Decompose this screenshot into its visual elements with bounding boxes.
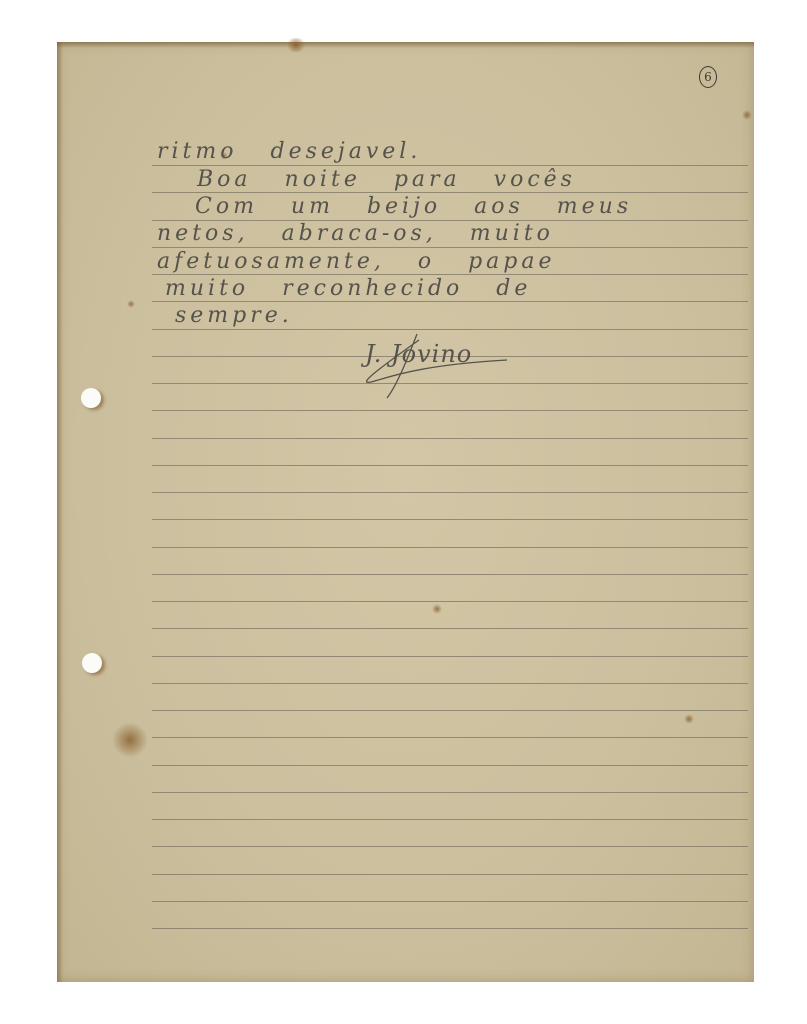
ruled-line (152, 601, 748, 602)
ruled-line (152, 683, 748, 684)
stain-spot (742, 110, 752, 120)
ruled-line (152, 765, 748, 766)
ruled-line (152, 792, 748, 793)
letter-line-2: Boa noite para vocês (197, 167, 576, 192)
ruled-line (152, 465, 748, 466)
ruled-line (152, 492, 748, 493)
letter-line-7: sempre. (175, 303, 293, 328)
ruled-line (152, 628, 748, 629)
letter-page: 6 ritmo desejavel. Boa noite para vocês … (57, 42, 754, 982)
ruled-line (152, 438, 748, 439)
ruled-line (152, 846, 748, 847)
letter-line-3: Com um beijo aos meus (195, 194, 632, 219)
ruled-line (152, 819, 748, 820)
stain-spot (684, 714, 694, 724)
ruled-line (152, 656, 748, 657)
punch-hole-top (81, 388, 101, 408)
stain-spot (285, 38, 307, 52)
letter-line-4: netos, abraca-os, muito (157, 221, 554, 246)
ruled-line (152, 574, 748, 575)
paper-edge-top (57, 42, 754, 48)
ruled-line (152, 519, 748, 520)
letter-line-1: ritmo desejavel. (157, 139, 421, 164)
ruled-line (152, 410, 748, 411)
ruled-line (152, 737, 748, 738)
page-number: 6 (699, 66, 717, 88)
signature: J. Jovino (365, 340, 472, 368)
ruled-line (152, 874, 748, 875)
stain-spot (112, 722, 148, 758)
ruled-line (152, 928, 748, 929)
ruled-line (152, 901, 748, 902)
punch-hole-bottom (82, 653, 102, 673)
letter-line-5: afetuosamente, o papae (157, 249, 556, 274)
stain-spot (432, 604, 442, 614)
ruled-line (152, 165, 748, 166)
letter-line-6: muito reconhecido de (165, 276, 531, 301)
ruled-line (152, 710, 748, 711)
paper-edge-left (57, 42, 63, 982)
stain-spot (127, 300, 135, 308)
ruled-line (152, 547, 748, 548)
ruled-line (152, 274, 748, 275)
ruled-line (152, 247, 748, 248)
